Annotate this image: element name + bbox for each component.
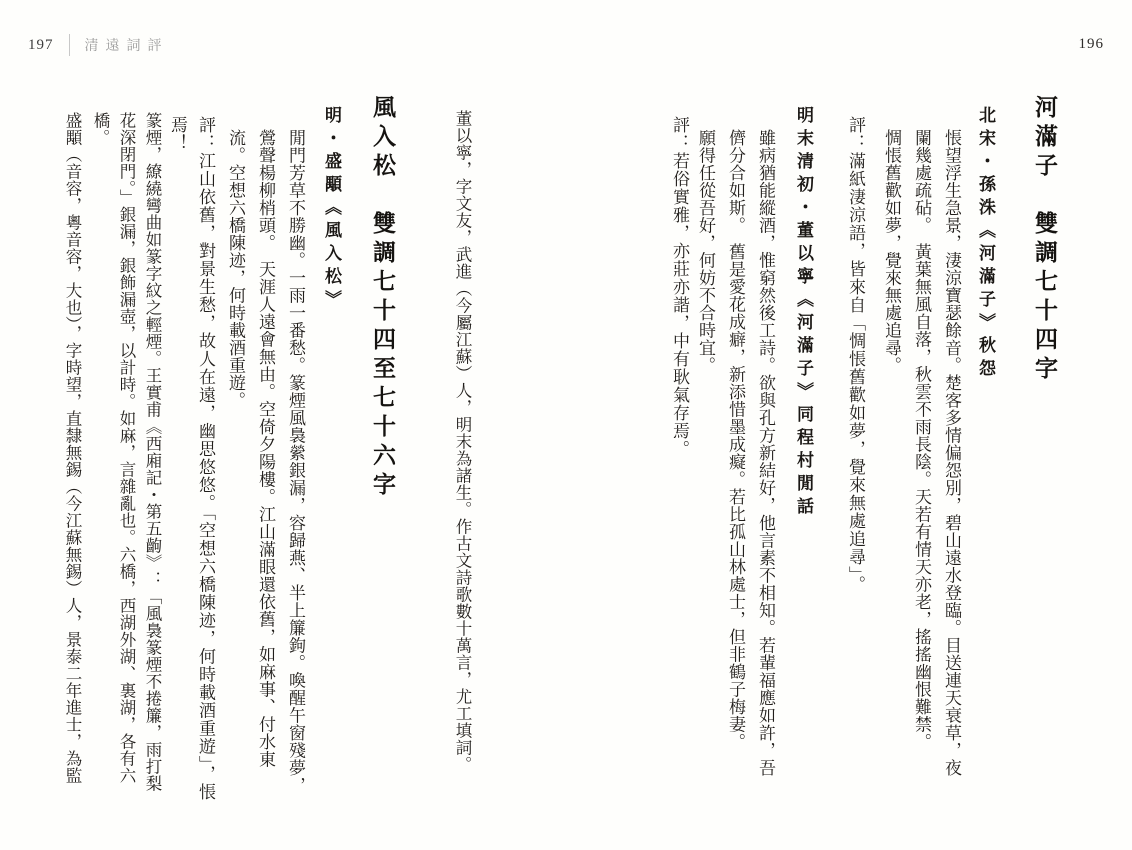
tune-title-hemanzi: 河滿子 雙調七十四字 xyxy=(1033,95,1056,385)
poem-line: 鶯聲楊柳梢頭。 天涯人遠會無由。空倚夕陽樓。江山滿眼還依舊，如麻事、付水東 xyxy=(257,129,274,768)
poem-line: 闌幾處疏砧。 黃葉無風自落，秋雲不雨長陰。天若有情天亦老，搖搖幽恨難禁。 xyxy=(913,129,930,751)
critic-comment-continuation: 焉！ xyxy=(169,116,186,152)
critic-comment: 評：若俗實雅，亦莊亦諧，中有耿氣存焉。 xyxy=(671,116,688,458)
poem-line: 悵望浮生急景，淒涼寶瑟餘音。楚客多情偏怨別，碧山遠水登臨。目送連天衰草，夜 xyxy=(943,129,960,777)
page-number-right: 196 xyxy=(1079,36,1105,52)
poem-line: 惆悵舊歡如夢，覺來無處追尋。 xyxy=(883,129,900,374)
page-number-left: 197 xyxy=(28,37,54,54)
book-spread: 197 清遠詞評 196 河滿子 雙調七十四字 北宋・孫洙《河滿子》秋怨 悵望浮… xyxy=(0,0,1132,850)
author-bio-shengyong: 盛顒（音容，粵音容，大也），字時望，直隸無錫（今江蘇無錫）人，景泰二年進士，為監 xyxy=(64,112,81,784)
header-divider xyxy=(69,34,70,56)
annotation-line: 篆煙，繚繞彎曲如篆字紋之輕煙。王實甫《西廂記・第五齣》：「風裊篆煙不捲簾，雨打梨 xyxy=(144,112,161,792)
poem-line: 雖病猶能縱酒，惟窮然後工詩。欲與孔方新結好，他言素不相知。若輩福應如許，吾 xyxy=(757,129,774,777)
entry-heading-shengyong: 明・盛顒《風入松》 xyxy=(323,106,340,313)
entry-heading-dongyining: 明末清初・董以寧《河滿子》同程村閒話 xyxy=(795,106,812,520)
annotation-line: 花深閉門。」銀漏，銀飾漏壺，以計時。如麻，言雜亂也。六橋，西湖外湖、裏湖，各有六 xyxy=(118,112,135,784)
entry-heading-sunzhu: 北宋・孫洙《河滿子》秋怨 xyxy=(977,106,994,382)
running-head-right: 196 xyxy=(1079,36,1105,53)
poem-line: 儕分合如斯。 舊是愛花成癖，新添惜墨成癡。若比孤山林處士，但非鶴子梅妻。 xyxy=(727,129,744,751)
author-bio-dongyining: 董以寧，字文友，武進（今屬江蘇）人，明末為諸生。作古文詩歌數十萬言，尤工填詞。 xyxy=(454,110,471,773)
poem-line: 流。空想六橋陳迹，何時載酒重遊。 xyxy=(227,129,244,409)
book-title: 清遠詞評 xyxy=(85,35,169,55)
annotation-line: 橋。 xyxy=(92,112,109,146)
poem-line: 閒門芳草不勝幽。一雨一番愁。篆煙風裊縈銀漏，容歸燕、半上簾鉤。喚醒午窗殘夢， xyxy=(287,129,304,794)
poem-line: 願得任從吾好，何妨不合時宜。 xyxy=(697,129,714,374)
running-head-left: 197 清遠詞評 xyxy=(28,34,169,56)
critic-comment: 評：江山依舊，對景生愁，故人在遠，幽思悠悠。「空想六橋陳迹，何時載酒重遊」，悵 xyxy=(197,116,214,801)
critic-comment: 評：滿紙淒涼語，皆來自「惆悵舊歡如夢，覺來無處追尋」。 xyxy=(847,116,864,594)
tune-title-fengrusong: 風入松 雙調七十四至七十六字 xyxy=(371,95,394,501)
